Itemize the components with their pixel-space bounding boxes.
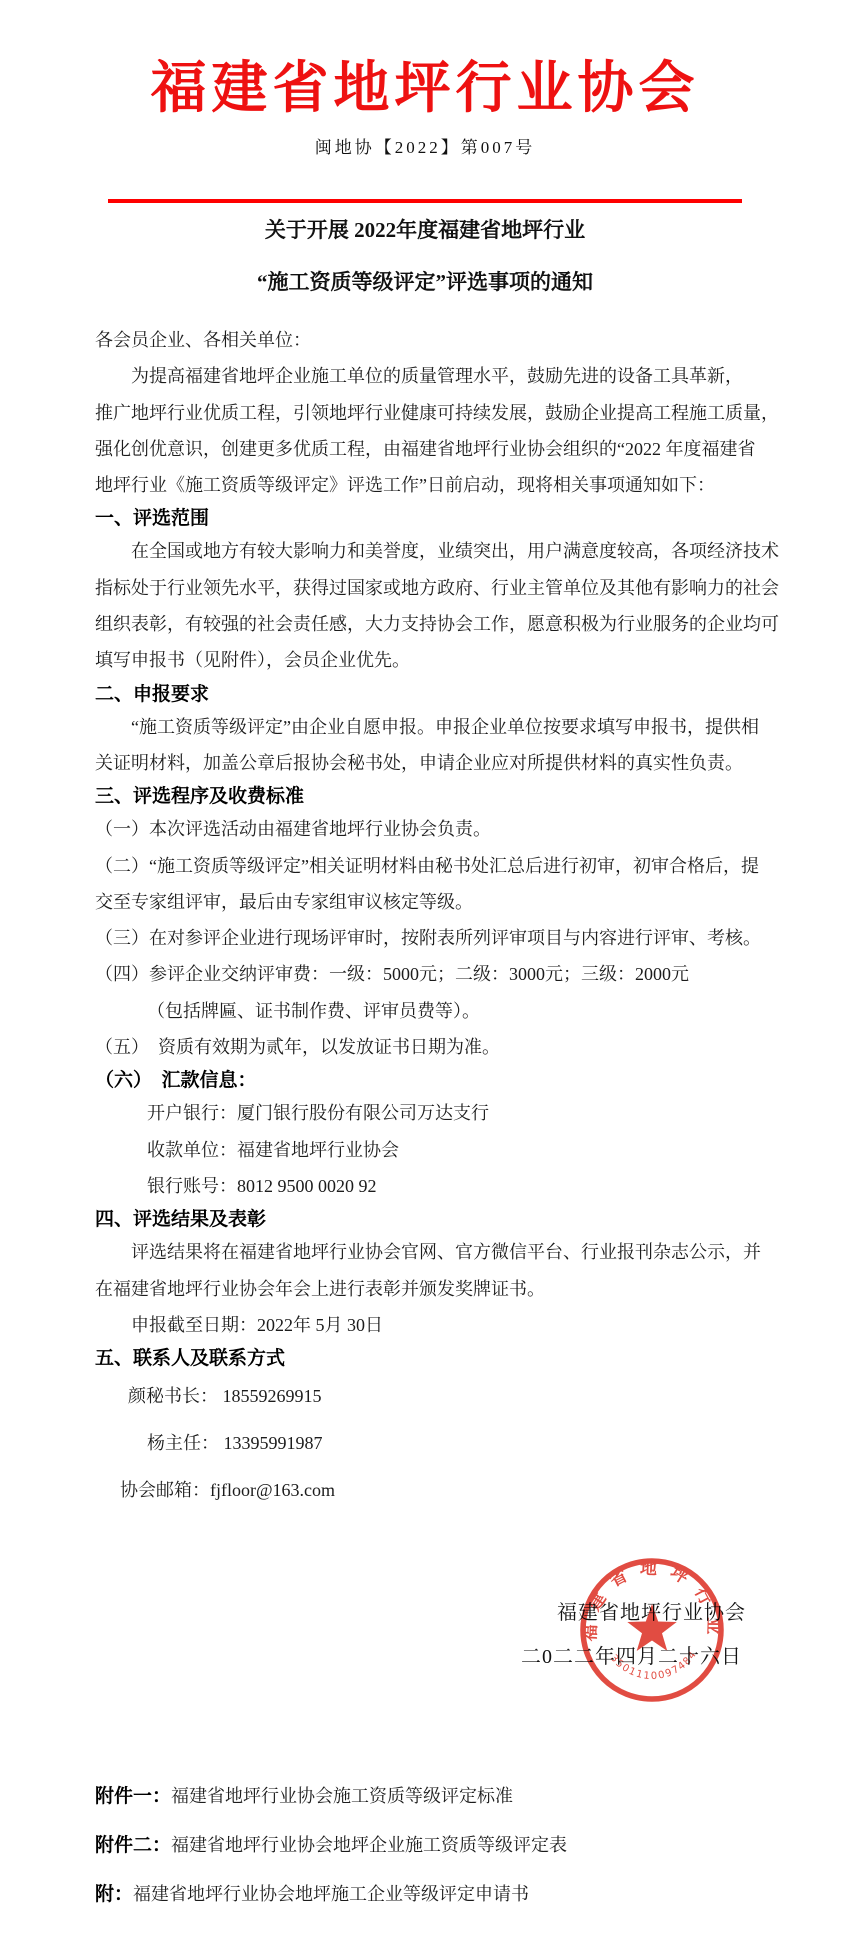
notice-subject: 关于开展 2022年度福建省地坪行业 “施工资质等级评定”评选事项的通知 <box>0 204 850 308</box>
body-line: 颜秘书长： 18559269915 <box>95 1373 755 1420</box>
body-line: 收款单位：福建省地坪行业协会 <box>95 1132 755 1168</box>
body-line-text: 颜秘书长： 18559269915 <box>128 1386 322 1406</box>
body-line-text: 收款单位：福建省地坪行业协会 <box>147 1140 399 1160</box>
attachment-title: 福建省地坪行业协会地坪企业施工资质等级评定表 <box>171 1835 567 1855</box>
attachments-list: 附件一：福建省地坪行业协会施工资质等级评定标准 附件二：福建省地坪行业协会地坪企… <box>95 1772 795 1919</box>
red-divider-rule <box>108 199 742 203</box>
body-line-text: 交至专家组评审，最后由专家组审议核定等级。 <box>95 892 473 912</box>
body-line-text: 协会邮箱：fjfloor@163.com <box>120 1480 335 1500</box>
body-line: （五） 资质有效期为贰年，以发放证书日期为准。 <box>95 1029 755 1065</box>
body-line-text: 四、评选结果及表彰 <box>95 1208 266 1230</box>
official-seal-stamp: 福建省地坪行业协会 3501110097484 <box>577 1555 727 1705</box>
body-line: 四、评选结果及表彰 <box>95 1204 755 1234</box>
body-line: 地坪行业《施工资质等级评定》评选工作”日前启动，现将相关事项通知如下： <box>95 467 755 503</box>
body-line: （一）本次评选活动由福建省地坪行业协会负责。 <box>95 811 755 847</box>
body-line-text: （包括牌匾、证书制作费、评审员费等）。 <box>147 1001 480 1021</box>
attachment-title: 福建省地坪行业协会地坪施工企业等级评定申请书 <box>133 1884 529 1904</box>
body-line-text: 一、评选范围 <box>95 507 209 529</box>
document-body: 各会员企业、各相关单位： 为提高福建省地坪企业施工单位的质量管理水平，鼓励先进的… <box>95 322 755 1514</box>
body-line-text: 三、评选程序及收费标准 <box>95 785 304 807</box>
body-line: （三）在对参评企业进行现场评审时，按附表所列评审项目与内容进行评审、考核。 <box>95 920 755 956</box>
body-line-text: （五） 资质有效期为贰年，以发放证书日期为准。 <box>95 1037 500 1057</box>
body-line-text: 申报截至日期：2022年 5月 30日 <box>131 1315 383 1335</box>
body-line-text: 杨主任： 13395991987 <box>147 1433 323 1453</box>
body-line-text: 填写申报书（见附件），会员企业优先。 <box>95 650 410 670</box>
attachment-line: 附件二：福建省地坪行业协会地坪企业施工资质等级评定表 <box>95 1821 795 1870</box>
org-title: 福建省地坪行业协会 <box>0 44 850 124</box>
body-line-text: （一）本次评选活动由福建省地坪行业协会负责。 <box>95 819 491 839</box>
attachment-title: 福建省地坪行业协会施工资质等级评定标准 <box>171 1786 513 1806</box>
body-line: 强化创优意识，创建更多优质工程，由福建省地坪行业协会组织的“2022 年度福建省 <box>95 431 755 467</box>
body-line-text: （三）在对参评企业进行现场评审时，按附表所列评审项目与内容进行评审、考核。 <box>95 928 761 948</box>
body-line-text: 在全国或地方有较大影响力和美誉度，业绩突出，用户满意度较高，各项经济技术 <box>131 541 779 561</box>
body-line-text: 推广地坪行业优质工程，引领地坪行业健康可持续发展，鼓励企业提高工程施工质量， <box>95 403 779 423</box>
body-line-text: 评选结果将在福建省地坪行业协会官网、官方微信平台、行业报刊杂志公示，并 <box>131 1242 761 1262</box>
attachment-label: 附件一： <box>95 1785 171 1807</box>
body-line: 为提高福建省地坪企业施工单位的质量管理水平，鼓励先进的设备工具革新， <box>95 358 755 394</box>
body-line: （二）“施工资质等级评定”相关证明材料由秘书处汇总后进行初审，初审合格后，提 <box>95 848 755 884</box>
body-line-text: （四）参评企业交纳评审费：一级：5000元；二级：3000元；三级：2000元 <box>95 964 689 984</box>
body-line: 在全国或地方有较大影响力和美誉度，业绩突出，用户满意度较高，各项经济技术 <box>95 533 755 569</box>
body-line-text: 地坪行业《施工资质等级评定》评选工作”日前启动，现将相关事项通知如下： <box>95 475 715 495</box>
body-line: 申报截至日期：2022年 5月 30日 <box>95 1307 755 1343</box>
body-line: 指标处于行业领先水平，获得过国家或地方政府、行业主管单位及其他有影响力的社会 <box>95 570 755 606</box>
body-line: 交至专家组评审，最后由专家组审议核定等级。 <box>95 884 755 920</box>
body-line: 杨主任： 13395991987 <box>95 1420 755 1467</box>
signature-date: 二0二二年四月二十六日 <box>521 1640 742 1669</box>
body-line-text: 二、申报要求 <box>95 683 209 705</box>
body-line-text: 强化创优意识，创建更多优质工程，由福建省地坪行业协会组织的“2022 年度福建省 <box>95 439 756 459</box>
body-line-text: （六） 汇款信息： <box>95 1069 257 1091</box>
body-line-text: 各会员企业、各相关单位： <box>95 330 311 350</box>
body-line-text: 五、联系人及联系方式 <box>95 1347 285 1369</box>
document-page: 福建省地坪行业协会 闽地协【2022】第007号 关于开展 2022年度福建省地… <box>0 0 850 1933</box>
body-line: 推广地坪行业优质工程，引领地坪行业健康可持续发展，鼓励企业提高工程施工质量， <box>95 395 755 431</box>
body-line-text: （二）“施工资质等级评定”相关证明材料由秘书处汇总后进行初审，初审合格后，提 <box>95 856 759 876</box>
seal-ring <box>583 1561 721 1699</box>
attachment-label: 附件二： <box>95 1834 171 1856</box>
body-line: 三、评选程序及收费标准 <box>95 781 755 811</box>
body-line: （四）参评企业交纳评审费：一级：5000元；二级：3000元；三级：2000元 <box>95 956 755 992</box>
body-line: 组织表彰，有较强的社会责任感，大力支持协会工作，愿意积极为行业服务的企业均可 <box>95 606 755 642</box>
body-line: 关证明材料，加盖公章后报协会秘书处，申请企业应对所提供材料的真实性负责。 <box>95 745 755 781</box>
body-line: 五、联系人及联系方式 <box>95 1343 755 1373</box>
body-line: “施工资质等级评定”由企业自愿申报。申报企业单位按要求填写申报书，提供相 <box>95 709 755 745</box>
body-line: （包括牌匾、证书制作费、评审员费等）。 <box>95 993 755 1029</box>
body-line-text: 开户银行：厦门银行股份有限公司万达支行 <box>147 1103 489 1123</box>
doc-number: 闽地协【2022】第007号 <box>0 133 850 158</box>
body-line: 填写申报书（见附件），会员企业优先。 <box>95 642 755 678</box>
body-line: 协会邮箱：fjfloor@163.com <box>95 1467 755 1514</box>
attachment-line: 附件一：福建省地坪行业协会施工资质等级评定标准 <box>95 1772 795 1821</box>
body-line: 一、评选范围 <box>95 503 755 533</box>
body-line: 银行账号：8012 9500 0020 92 <box>95 1168 755 1204</box>
attachment-label: 附： <box>95 1883 133 1905</box>
body-line-text: 银行账号：8012 9500 0020 92 <box>147 1176 377 1196</box>
body-line: 在福建省地坪行业协会年会上进行表彰并颁发奖牌证书。 <box>95 1271 755 1307</box>
body-line-text: 指标处于行业领先水平，获得过国家或地方政府、行业主管单位及其他有影响力的社会 <box>95 578 779 598</box>
body-line-text: 在福建省地坪行业协会年会上进行表彰并颁发奖牌证书。 <box>95 1279 545 1299</box>
body-line-text: 关证明材料，加盖公章后报协会秘书处，申请企业应对所提供材料的真实性负责。 <box>95 753 743 773</box>
body-line: （六） 汇款信息： <box>95 1065 755 1095</box>
body-line-text: “施工资质等级评定”由企业自愿申报。申报企业单位按要求填写申报书，提供相 <box>131 717 759 737</box>
signature-org: 福建省地坪行业协会 <box>557 1596 746 1625</box>
body-line-text: 组织表彰，有较强的社会责任感，大力支持协会工作，愿意积极为行业服务的企业均可 <box>95 614 779 634</box>
body-line: 各会员企业、各相关单位： <box>95 322 755 358</box>
body-line: 开户银行：厦门银行股份有限公司万达支行 <box>95 1095 755 1131</box>
subject-line-2: “施工资质等级评定”评选事项的通知 <box>0 256 850 308</box>
subject-line-1: 关于开展 2022年度福建省地坪行业 <box>0 204 850 256</box>
body-line-text: 为提高福建省地坪企业施工单位的质量管理水平，鼓励先进的设备工具革新， <box>131 366 743 386</box>
body-line: 二、申报要求 <box>95 679 755 709</box>
seal-svg: 福建省地坪行业协会 3501110097484 <box>577 1555 727 1705</box>
body-line: 评选结果将在福建省地坪行业协会官网、官方微信平台、行业报刊杂志公示，并 <box>95 1234 755 1270</box>
attachment-line: 附：福建省地坪行业协会地坪施工企业等级评定申请书 <box>95 1870 795 1919</box>
